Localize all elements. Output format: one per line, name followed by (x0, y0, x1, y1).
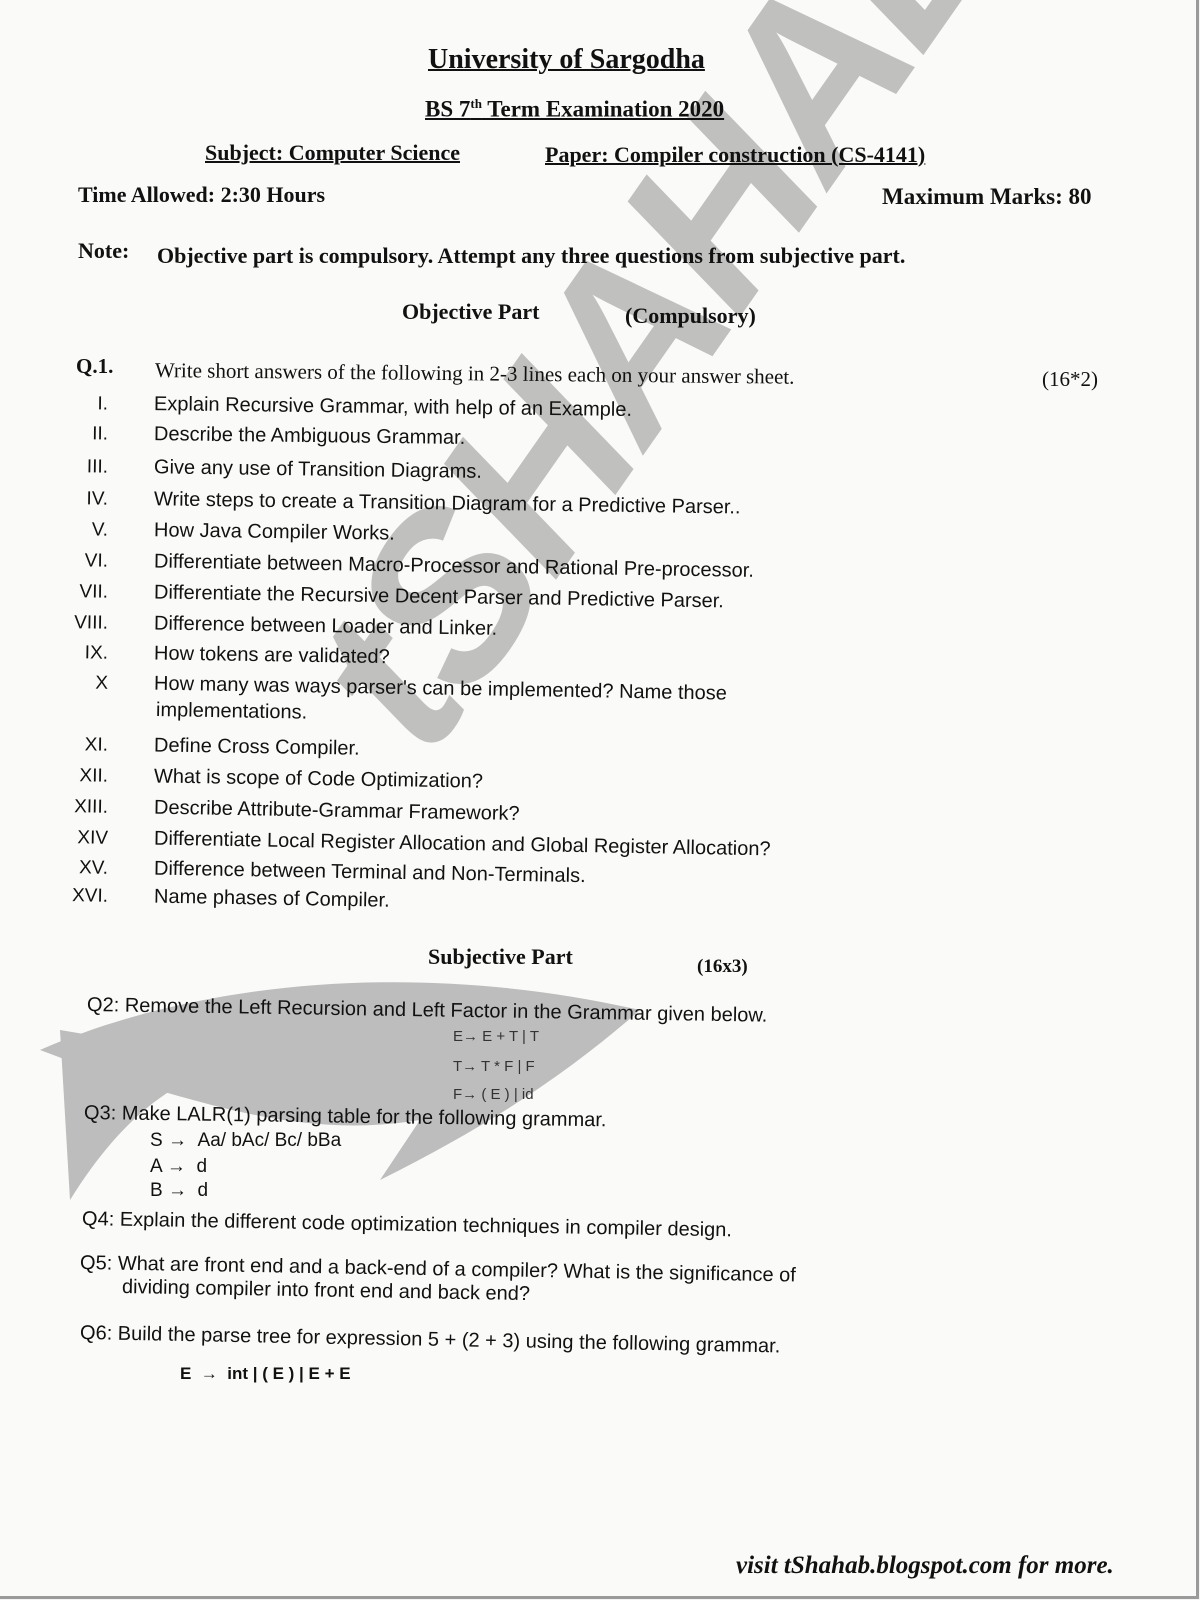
item-number: XVI. (62, 885, 108, 908)
list-item: IX.How tokens are validated? (62, 641, 390, 669)
subjective-part-title: Subjective Part (428, 944, 573, 970)
item-text: How Java Compiler Works. (154, 519, 395, 544)
grammar-rhs: d (196, 1156, 207, 1177)
list-item: XVI.Name phases of Compiler. (62, 884, 390, 913)
grammar-lhs: B (150, 1180, 163, 1201)
grammar-rhs: Aa/ bAc/ Bc/ bBa (198, 1130, 342, 1151)
exam-title: BS 7th Term Examination 2020 (425, 96, 724, 123)
list-item: VIII.Difference between Loader and Linke… (62, 611, 498, 641)
item-number: VII. (62, 581, 108, 604)
exam-suffix: Term Examination 2020 (482, 97, 724, 122)
item-text: Define Cross Compiler. (154, 734, 360, 759)
item-text: Differentiate the Recursive Decent Parse… (154, 581, 724, 612)
item-text: What is scope of Code Optimization? (154, 765, 483, 792)
arrow-icon: → (167, 1156, 186, 1177)
q3-grammar-line: A → d (150, 1156, 207, 1178)
q3-grammar-line: S → Aa/ bAc/ Bc/ bBa (150, 1130, 341, 1152)
item-number: XIII. (62, 796, 108, 819)
item-text: Name phases of Compiler. (154, 886, 390, 912)
item-number: XV. (62, 857, 108, 880)
item-number: XI. (62, 734, 108, 757)
list-item: III.Give any use of Transition Diagrams. (62, 455, 482, 484)
item-number: III. (62, 456, 108, 479)
item-number: X (62, 672, 108, 695)
q1-marks: (16*2) (1042, 367, 1098, 392)
list-item: V.How Java Compiler Works. (62, 518, 395, 546)
item-number: IX. (62, 642, 108, 665)
arrow-icon: → (168, 1130, 187, 1151)
q4-text: Q4: Explain the different code optimizat… (82, 1208, 732, 1242)
item-number: II. (62, 423, 108, 446)
list-item: I.Explain Recursive Grammar, with help o… (62, 392, 632, 422)
time-allowed: Time Allowed: 2:30 Hours (78, 182, 325, 208)
item-text: Differentiate Local Register Allocation … (154, 828, 771, 861)
item-text: Explain Recursive Grammar, with help of … (154, 393, 632, 421)
grammar-lhs: S (150, 1130, 163, 1151)
note-text: Objective part is compulsory. Attempt an… (157, 243, 905, 269)
q1-text: Write short answers of the following in … (155, 358, 795, 390)
item-text: Difference between Terminal and Non-Term… (154, 858, 586, 888)
q2-grammar-line: F→ ( E ) | id (453, 1086, 534, 1103)
subject-label: Subject: Computer Science (205, 140, 460, 166)
note-label: Note: (78, 238, 129, 264)
item-number: IV. (62, 488, 108, 511)
objective-part-title: Objective Part (402, 299, 539, 325)
maximum-marks: Maximum Marks: 80 (882, 184, 1092, 210)
q3-grammar-line: B → d (150, 1180, 208, 1202)
list-item: XIII.Describe Attribute-Grammar Framewor… (62, 795, 520, 826)
q3-text: Q3: Make LALR(1) parsing table for the f… (84, 1102, 607, 1132)
list-item: XV.Difference between Terminal and Non-T… (62, 856, 586, 888)
q6-grammar: E → int | ( E ) | E + E (180, 1364, 351, 1384)
list-item: VI.Differentiate between Macro-Processor… (62, 549, 754, 583)
exam-sup: th (470, 96, 482, 111)
item-number: I. (62, 393, 108, 416)
list-item: XII.What is scope of Code Optimization? (62, 764, 483, 794)
footer-link-text[interactable]: visit tShahab.blogspot.com for more. (736, 1552, 1114, 1580)
objective-part-tag: (Compulsory) (625, 303, 756, 329)
item-text-cont: implementations. (156, 699, 308, 725)
item-text: Write steps to create a Transition Diagr… (154, 488, 741, 518)
list-item: II.Describe the Ambiguous Grammar. (62, 422, 466, 450)
list-item: XIVDifferentiate Local Register Allocati… (62, 826, 771, 861)
item-number: VI. (62, 550, 108, 573)
item-text: Give any use of Transition Diagrams. (154, 456, 482, 483)
paper-label: Paper: Compiler construction (CS-4141) (545, 142, 925, 168)
item-number: XIV (62, 827, 108, 850)
item-text: Difference between Loader and Linker. (154, 612, 498, 639)
item-text: Describe Attribute-Grammar Framework? (154, 797, 520, 825)
q2-text: Q2: Remove the Left Recursion and Left F… (87, 994, 768, 1028)
q6-text: Q6: Build the parse tree for expression … (80, 1322, 781, 1358)
subjective-part-marks: (16x3) (697, 956, 748, 978)
university-title: University of Sargodha (428, 44, 705, 76)
item-number: V. (62, 519, 108, 542)
item-number: XII. (62, 765, 108, 788)
q2-grammar-line: E→ E + T | T (453, 1028, 539, 1045)
q1-label: Q.1. (76, 354, 113, 379)
item-number: VIII. (62, 612, 108, 635)
grammar-rhs: d (198, 1180, 209, 1201)
exam-prefix: BS 7 (425, 97, 470, 122)
list-item: VII.Differentiate the Recursive Decent P… (62, 580, 724, 613)
arrow-icon: → (168, 1180, 187, 1201)
exam-paper-page: tSHAHAB University of Sargodha BS 7th Te… (0, 0, 1199, 1599)
item-text: How tokens are validated? (154, 642, 390, 668)
q2-grammar-line: T→ T * F | F (453, 1058, 535, 1075)
item-text: Describe the Ambiguous Grammar. (154, 423, 465, 449)
grammar-lhs: A (150, 1156, 162, 1177)
item-text: Differentiate between Macro-Processor an… (154, 550, 754, 581)
list-item: XI.Define Cross Compiler. (62, 733, 360, 761)
list-item: IV.Write steps to create a Transition Di… (62, 487, 741, 519)
